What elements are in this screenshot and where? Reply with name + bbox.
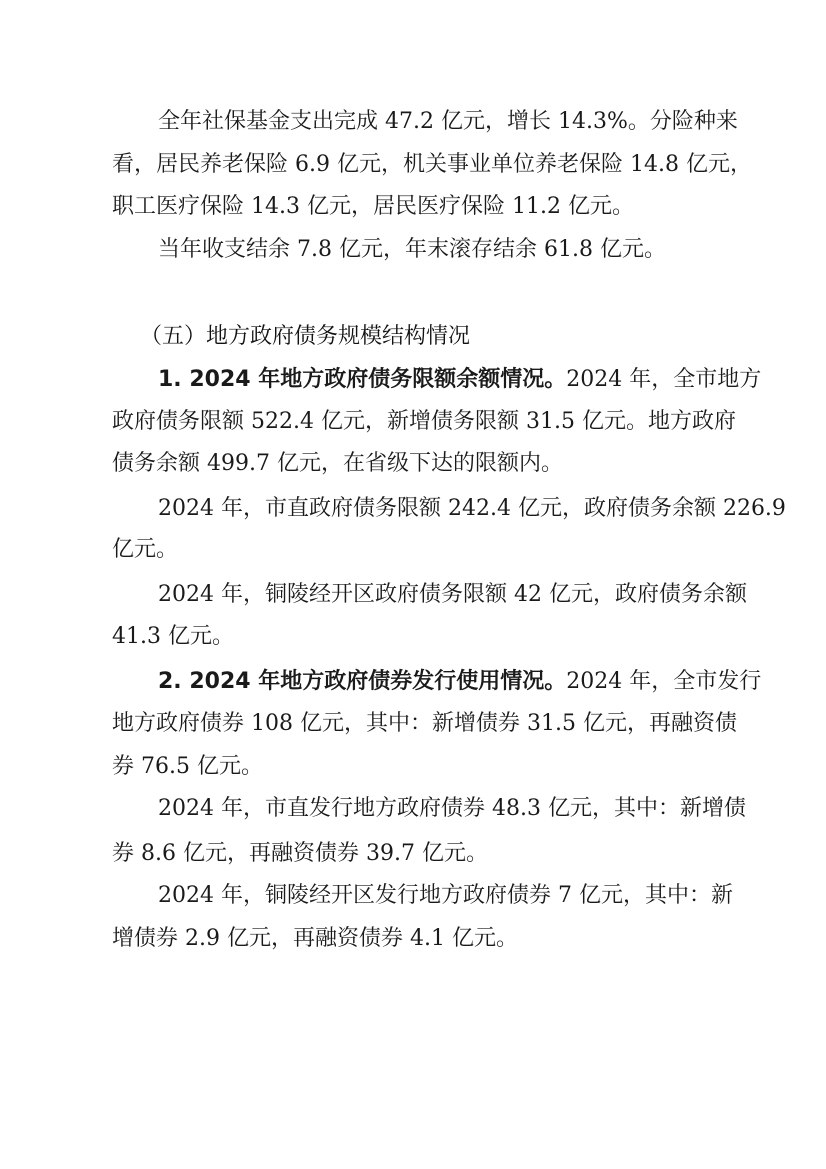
item2-econ-zone-bonds-line-1: 2024 年，铜陵经开区发行地方政府债券 7 亿元，其中：新	[158, 881, 722, 911]
paragraph-annual-balance: 当年收支结余 7.8 亿元，年末滚存结余 61.8 亿元。	[158, 235, 722, 265]
item1-line-3: 债务余额 499.7 亿元，在省级下达的限额内。	[112, 449, 722, 479]
item2-line-2: 地方政府债券 108 亿元，其中：新增债券 31.5 亿元，再融资债	[112, 709, 722, 739]
item2-line-1: 2. 2024 年地方政府债券发行使用情况。2024 年，全市发行	[158, 667, 722, 697]
item1-econ-zone-debt-line-2: 41.3 亿元。	[112, 622, 722, 652]
item2-city-bonds-line-2: 券 8.6 亿元，再融资债券 39.7 亿元。	[112, 839, 722, 869]
item2-title: 2. 2024 年地方政府债券发行使用情况。	[158, 669, 566, 694]
item1-line-1: 1. 2024 年地方政府债务限额余额情况。2024 年，全市地方	[158, 365, 722, 395]
item1-city-debt-line-1: 2024 年，市直政府债务限额 242.4 亿元，政府债务余额 226.9	[158, 494, 722, 524]
item1-line-2: 政府债务限额 522.4 亿元，新增债务限额 31.5 亿元。地方政府	[112, 407, 722, 437]
item1-title: 1. 2024 年地方政府债务限额余额情况。	[158, 367, 566, 392]
item2-line-1-rest: 2024 年，全市发行	[566, 669, 761, 694]
item1-city-debt-line-2: 亿元。	[112, 535, 722, 565]
item2-econ-zone-bonds-line-2: 增债券 2.9 亿元，再融资债券 4.1 亿元。	[112, 924, 722, 954]
item1-econ-zone-debt-line-1: 2024 年，铜陵经开区政府债务限额 42 亿元，政府债务余额	[158, 580, 722, 610]
section-heading-debt-structure: （五）地方政府债务规模结构情况	[140, 322, 470, 352]
document-page: 全年社保基金支出完成 47.2 亿元，增长 14.3%。分险种来 看，居民养老保…	[0, 0, 826, 1169]
paragraph-social-insurance-expenditure-line-1: 全年社保基金支出完成 47.2 亿元，增长 14.3%。分险种来	[158, 107, 722, 137]
item2-city-bonds-line-1: 2024 年，市直发行地方政府债券 48.3 亿元，其中：新增债	[158, 794, 722, 824]
item1-line-1-rest: 2024 年，全市地方	[566, 367, 761, 392]
item2-line-3: 券 76.5 亿元。	[112, 752, 722, 782]
paragraph-social-insurance-expenditure-line-3: 职工医疗保险 14.3 亿元，居民医疗保险 11.2 亿元。	[112, 192, 722, 222]
paragraph-social-insurance-expenditure-line-2: 看，居民养老保险 6.9 亿元，机关事业单位养老保险 14.8 亿元，	[112, 150, 722, 180]
